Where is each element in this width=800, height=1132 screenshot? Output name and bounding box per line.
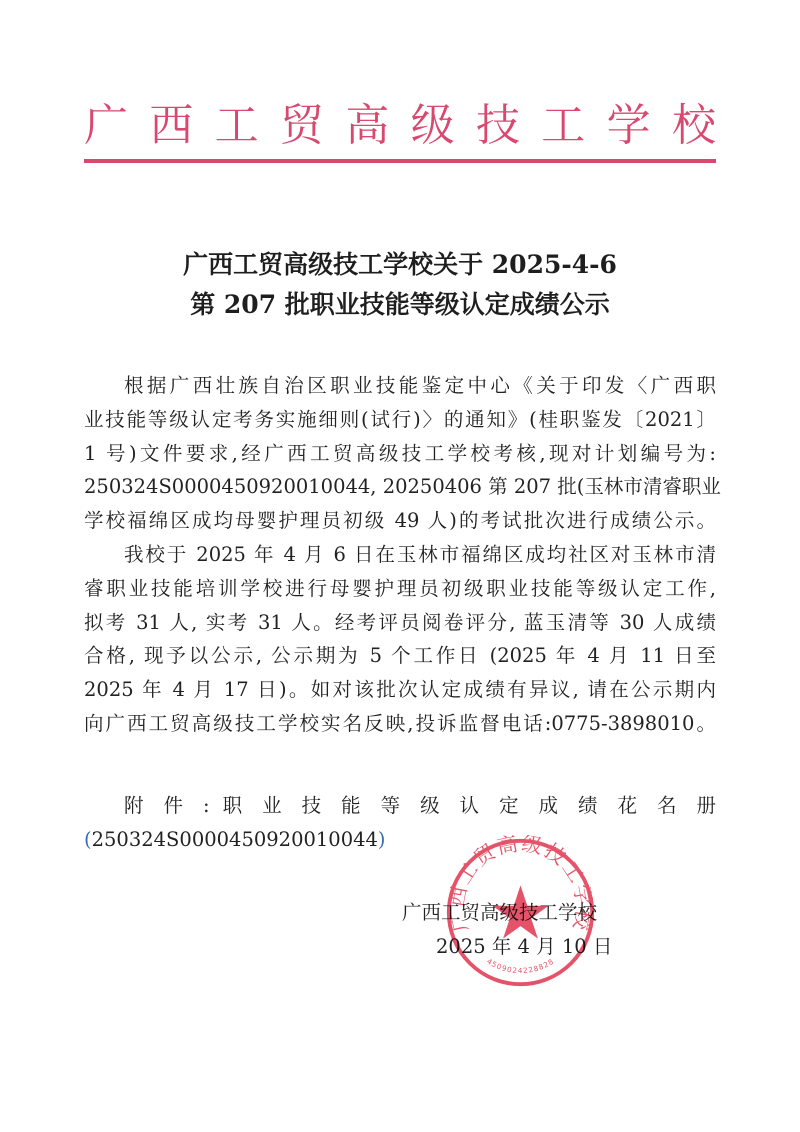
attachment-note: 附 件 : 职 业 技 能 等 级 认 定 成 绩 花 名 册 (250324S…: [84, 789, 716, 857]
letterhead-divider: [84, 159, 716, 163]
letterhead-char: 西: [149, 100, 193, 152]
letterhead-char: 校: [672, 100, 716, 152]
paragraph-line: 拟考 31 人, 实考 31 人。经考评员阅卷评分, 蓝玉清等 30 人成绩: [84, 606, 716, 640]
official-seal-icon: 广西工贸高级技工学校 4509024228828: [443, 835, 598, 990]
letterhead-char: 工: [215, 100, 259, 152]
attachment-label: 附 件 : 职 业 技 能 等 级 认 定 成 绩 花 名 册: [84, 789, 716, 823]
paragraph-line: 业技能等级认定考务实施细则(试行)〉的通知》(桂职鉴发〔2021〕: [84, 403, 716, 437]
attachment-plan-code: 250324S0000450920010044: [92, 828, 378, 851]
letterhead-char: 贸: [280, 100, 324, 152]
attachment-open-paren: (: [84, 828, 92, 851]
document-title-line-2: 第 207 批职业技能等级认定成绩公示: [0, 285, 800, 325]
letterhead-char: 高: [345, 100, 389, 152]
paragraph-basis: 根据广西壮族自治区职业技能鉴定中心《关于印发〈广西职 业技能等级认定考务实施细则…: [84, 369, 716, 538]
attachment-code-line: (250324S0000450920010044): [84, 823, 716, 857]
paragraph-line: 1 号)文件要求,经广西工贸高级技工学校考核,现对计划编号为:: [84, 437, 716, 471]
paragraph-line: 睿职业技能培训学校进行母婴护理员初级职业技能等级认定工作,: [84, 572, 716, 606]
letterhead-char: 级: [411, 100, 455, 152]
paragraph-line: 根据广西壮族自治区职业技能鉴定中心《关于印发〈广西职: [84, 369, 716, 403]
paragraph-line: 2025 年 4 月 17 日)。如对该批次认定成绩有异议, 请在公示期内: [84, 673, 716, 707]
letterhead-org-name: 广 西 工 贸 高 级 技 工 学 校: [84, 100, 716, 152]
letterhead-char: 工: [541, 100, 585, 152]
svg-text:4509024228828: 4509024228828: [485, 957, 556, 976]
paragraph-line: 250324S0000450920010044, 20250406 第 207 …: [84, 470, 716, 504]
letterhead-char: 技: [476, 100, 520, 152]
paragraph-results: 我校于 2025 年 4 月 6 日在玉林市福绵区成均社区对玉林市清 睿职业技能…: [84, 538, 716, 741]
paragraph-line: 我校于 2025 年 4 月 6 日在玉林市福绵区成均社区对玉林市清: [84, 538, 716, 572]
seal-serial-number: 4509024228828: [485, 957, 556, 976]
letterhead-char: 广: [84, 100, 128, 152]
document-title-line-1: 广西工贸高级技工学校关于 2025-4-6: [0, 245, 800, 285]
paragraph-line: 学校福绵区成均母婴护理员初级 49 人)的考试批次进行成绩公示。: [84, 504, 716, 538]
attachment-close-paren: ): [378, 828, 386, 851]
letterhead-char: 学: [607, 100, 651, 152]
paragraph-line: 向广西工贸高级技工学校实名反映,投诉监督电话:0775-3898010。: [84, 707, 716, 741]
paragraph-line: 合格, 现予以公示, 公示期为 5 个工作日 (2025 年 4 月 11 日至: [84, 639, 716, 673]
